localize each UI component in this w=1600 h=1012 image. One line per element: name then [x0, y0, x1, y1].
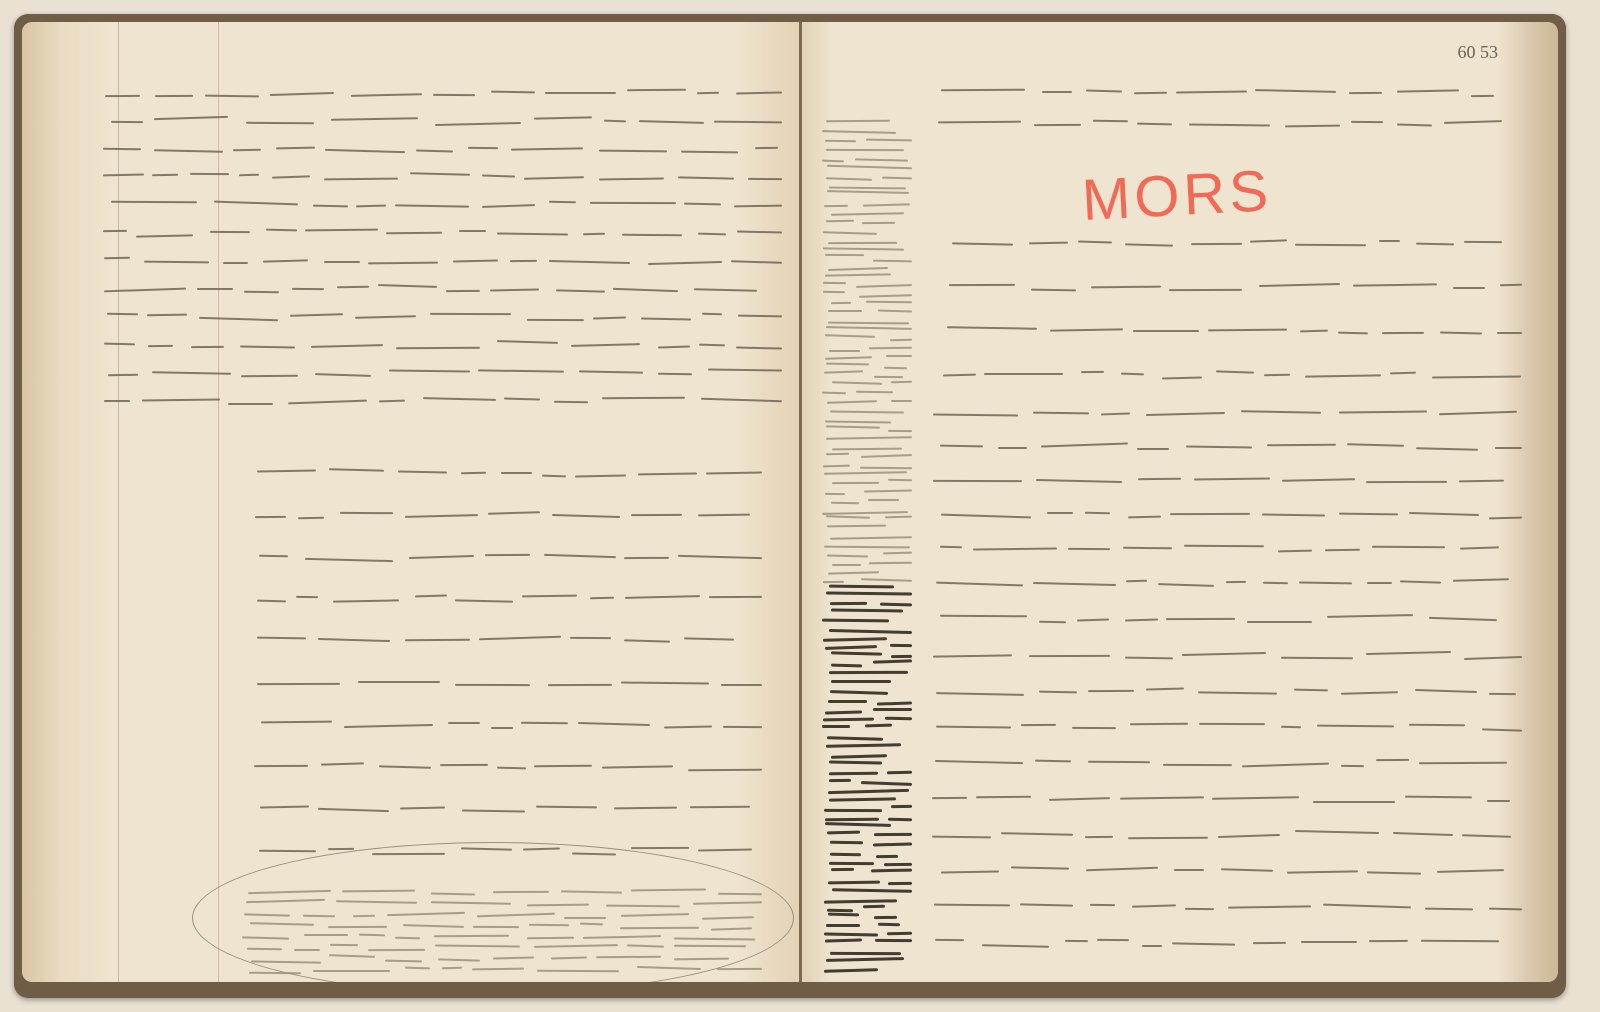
- handwriting-stroke: [828, 912, 859, 916]
- handwriting-stroke: [1267, 444, 1336, 446]
- handwriting-stroke: [823, 231, 877, 235]
- handwriting-stroke: [861, 578, 912, 582]
- handwriting-stroke: [940, 615, 1027, 618]
- handwriting-stroke: [1482, 728, 1522, 731]
- handwriting-stroke: [462, 809, 525, 812]
- handwriting-stroke: [933, 654, 1012, 657]
- handwriting-stroke: [148, 345, 173, 347]
- handwriting-stroke: [826, 177, 872, 181]
- handwriting-stroke: [984, 373, 1063, 375]
- handwriting-stroke: [825, 273, 891, 276]
- handwriting-stroke: [435, 122, 521, 126]
- handwriting-stroke: [1088, 690, 1134, 692]
- handwriting-stroke: [478, 369, 564, 372]
- handwriting-stroke: [255, 515, 286, 517]
- handwriting-stroke: [1158, 584, 1214, 588]
- handwriting-stroke: [827, 909, 853, 913]
- handwriting-stroke: [828, 881, 880, 885]
- handwriting-stroke: [103, 174, 144, 177]
- handwriting-stroke: [288, 400, 367, 405]
- handwriting-stroke: [292, 288, 324, 290]
- handwriting-stroke: [593, 316, 626, 319]
- handwriting-stroke: [223, 262, 248, 264]
- handwriting-stroke: [862, 221, 895, 223]
- handwriting-stroke: [1031, 289, 1076, 292]
- handwriting-stroke: [410, 173, 470, 176]
- handwriting-stroke: [831, 651, 882, 655]
- handwriting-stroke: [1020, 903, 1074, 906]
- handwriting-stroke: [1366, 481, 1447, 483]
- handwriting-stroke: [315, 373, 371, 377]
- handwriting-stroke: [1353, 283, 1437, 286]
- handwriting-stroke: [241, 374, 298, 377]
- handwriting-stroke: [497, 767, 526, 770]
- handwriting-stroke: [104, 343, 135, 346]
- handwriting-stroke: [1212, 797, 1299, 801]
- handwriting-stroke: [1142, 945, 1162, 947]
- notebook: 60 53 MORS: [14, 14, 1566, 998]
- handwriting-stroke: [1033, 412, 1089, 415]
- handwriting-stroke: [1409, 512, 1479, 516]
- handwriting-stroke: [197, 288, 233, 290]
- handwriting-stroke: [324, 178, 398, 181]
- handwriting-stroke: [982, 944, 1049, 948]
- handwriting-stroke: [1341, 765, 1364, 767]
- handwriting-stroke: [1085, 511, 1110, 513]
- handwriting-stroke: [1065, 939, 1088, 941]
- handwriting-stroke: [1262, 513, 1325, 516]
- handwriting-stroke: [822, 511, 908, 515]
- handwriting-stroke: [233, 148, 261, 151]
- handwriting-stroke: [826, 220, 854, 223]
- handwriting-stroke: [830, 841, 863, 844]
- handwriting-stroke: [824, 205, 848, 207]
- handwriting-stroke: [103, 400, 129, 402]
- handwriting-stroke: [554, 401, 588, 404]
- handwriting-stroke: [936, 581, 1023, 586]
- handwriting-stroke: [1295, 244, 1366, 246]
- handwriting-stroke: [888, 479, 912, 482]
- handwriting-stroke: [602, 765, 673, 768]
- handwriting-stroke: [1049, 797, 1110, 801]
- handwriting-stroke: [625, 595, 700, 599]
- handwriting-stroke: [583, 233, 605, 235]
- handwriting-stroke: [824, 968, 878, 973]
- handwriting-stroke: [1464, 656, 1522, 660]
- handwriting-stroke: [684, 203, 721, 206]
- handwriting-stroke: [378, 285, 437, 289]
- handwriting-stroke: [1419, 762, 1507, 765]
- handwriting-stroke: [828, 267, 888, 271]
- handwriting-stroke: [1263, 374, 1289, 377]
- handwriting-stroke: [154, 150, 223, 154]
- handwriting-stroke: [863, 905, 885, 909]
- handwriting-stroke: [1489, 908, 1522, 911]
- handwriting-stroke: [827, 831, 860, 835]
- handwriting-stroke: [1471, 95, 1494, 97]
- handwriting-stroke: [111, 121, 143, 123]
- handwriting-stroke: [1285, 124, 1340, 127]
- handwriting-stroke: [827, 165, 912, 170]
- handwriting-stroke: [331, 117, 418, 121]
- handwriting-stroke: [823, 718, 874, 722]
- handwriting-stroke: [205, 94, 259, 97]
- handwriting-stroke: [1497, 332, 1522, 334]
- handwriting-stroke: [1415, 689, 1477, 693]
- handwriting-stroke: [1294, 688, 1328, 691]
- handwriting-stroke: [1078, 240, 1112, 243]
- handwriting-stroke: [1039, 691, 1077, 694]
- handwriting-stroke: [830, 952, 901, 955]
- handwriting-stroke: [430, 313, 511, 315]
- handwriting-stroke: [658, 345, 690, 348]
- handwriting-stroke: [144, 261, 209, 264]
- handwriting-stroke: [260, 805, 309, 808]
- handwriting-stroke: [1278, 549, 1312, 552]
- handwriting-stroke: [313, 204, 348, 207]
- handwriting-stroke: [824, 471, 907, 475]
- handwriting-stroke: [448, 722, 480, 724]
- handwriting-stroke: [941, 89, 1025, 92]
- handwriting-stroke: [1372, 545, 1445, 548]
- handwriting-stroke: [333, 600, 399, 603]
- handwriting-stroke: [152, 371, 231, 375]
- handwriting-stroke: [257, 599, 286, 602]
- handwriting-stroke: [708, 369, 782, 372]
- handwriting-stroke: [1440, 331, 1482, 334]
- handwriting-stroke: [259, 850, 316, 852]
- handwriting-stroke: [1137, 448, 1169, 450]
- handwriting-stroke: [687, 768, 761, 771]
- handwriting-stroke: [501, 472, 532, 474]
- handwriting-stroke: [940, 546, 962, 549]
- handwriting-stroke: [527, 319, 584, 321]
- handwriting-stroke: [1341, 691, 1398, 695]
- right-page: 60 53 MORS: [802, 22, 1558, 982]
- handwriting-stroke: [504, 397, 540, 400]
- handwriting-stroke: [709, 595, 762, 597]
- handwriting-stroke: [721, 684, 762, 686]
- handwriting-stroke: [973, 548, 1057, 551]
- handwriting-stroke: [468, 147, 498, 149]
- handwriting-stroke: [717, 968, 762, 970]
- handwriting-stroke: [825, 493, 846, 495]
- handwriting-stroke: [1125, 619, 1158, 622]
- handwriting-stroke: [826, 120, 890, 122]
- handwriting-stroke: [822, 725, 850, 728]
- handwriting-stroke: [440, 764, 488, 766]
- handwriting-stroke: [356, 205, 386, 208]
- handwriting-stroke: [1174, 869, 1204, 871]
- handwriting-stroke: [542, 474, 566, 477]
- handwriting-stroke: [491, 727, 513, 729]
- handwriting-stroke: [829, 761, 883, 765]
- handwriting-stroke: [107, 313, 138, 316]
- handwriting-stroke: [461, 472, 486, 474]
- handwriting-stroke: [276, 146, 315, 149]
- handwriting-stroke: [398, 470, 447, 473]
- handwriting-stroke: [263, 259, 308, 262]
- handwriting-stroke: [510, 259, 537, 261]
- handwriting-stroke: [1218, 834, 1280, 838]
- handwriting-stroke: [824, 546, 910, 549]
- handwriting-stroke: [459, 230, 486, 232]
- handwriting-stroke: [826, 957, 904, 962]
- handwriting-stroke: [1186, 446, 1252, 449]
- handwriting-stroke: [1182, 652, 1266, 656]
- handwriting-stroke: [664, 725, 712, 728]
- handwriting-stroke: [998, 447, 1027, 449]
- handwriting-stroke: [1487, 800, 1510, 802]
- handwriting-stroke: [684, 637, 734, 640]
- handwriting-stroke: [1042, 91, 1072, 93]
- handwriting-stroke: [1035, 760, 1071, 763]
- handwriting-stroke: [105, 94, 140, 96]
- handwriting-stroke: [932, 836, 991, 839]
- handwriting-stroke: [396, 346, 480, 349]
- handwriting-stroke: [1382, 332, 1424, 334]
- handwriting-stroke: [932, 797, 967, 799]
- handwriting-stroke: [864, 490, 912, 493]
- handwriting-stroke: [859, 294, 912, 297]
- handwriting-stroke: [1429, 617, 1497, 621]
- handwriting-stroke: [831, 868, 854, 871]
- handwriting-stroke: [1397, 124, 1432, 127]
- handwriting-stroke: [1425, 908, 1473, 911]
- handwriting-stroke: [1432, 376, 1521, 379]
- handwriting-stroke: [1126, 579, 1147, 582]
- handwriting-stroke: [522, 595, 577, 598]
- handwriting-stroke: [832, 889, 912, 893]
- handwriting-stroke: [884, 367, 907, 370]
- handwriting-stroke: [1169, 289, 1242, 291]
- handwriting-stroke: [1132, 904, 1176, 907]
- handwriting-stroke: [882, 176, 912, 179]
- handwriting-stroke: [259, 554, 288, 557]
- handwriting-stroke: [828, 241, 897, 243]
- handwriting-stroke: [885, 516, 912, 519]
- handwriting-stroke: [1050, 328, 1123, 331]
- handwriting-stroke: [1198, 692, 1277, 695]
- handwriting-stroke: [1199, 723, 1265, 725]
- handwriting-stroke: [1176, 90, 1247, 93]
- handwriting-stroke: [828, 310, 862, 312]
- handwriting-stroke: [1130, 723, 1188, 726]
- handwriting-stroke: [1338, 332, 1368, 335]
- handwriting-stroke: [1134, 92, 1167, 95]
- handwriting-stroke: [952, 242, 1013, 245]
- handwriting-stroke: [1036, 479, 1122, 483]
- handwriting-stroke: [874, 916, 897, 919]
- handwriting-stroke: [829, 779, 851, 782]
- handwriting-stroke: [1281, 657, 1353, 660]
- handwriting-stroke: [455, 599, 513, 602]
- handwriting-stroke: [1437, 869, 1504, 873]
- handwriting-stroke: [1393, 832, 1453, 836]
- handwriting-stroke: [571, 343, 640, 347]
- handwriting-stroke: [111, 201, 197, 203]
- handwriting-stroke: [830, 602, 867, 605]
- handwriting-stroke: [826, 515, 870, 518]
- handwriting-stroke: [1416, 243, 1454, 246]
- handwriting-stroke: [976, 796, 1031, 799]
- handwriting-stroke: [1281, 726, 1301, 729]
- handwriting-stroke: [933, 414, 1018, 417]
- handwriting-stroke: [1039, 620, 1066, 623]
- insertion-loop: [192, 842, 794, 982]
- handwriting-stroke: [621, 682, 709, 685]
- handwriting-stroke: [1033, 582, 1116, 586]
- red-heading: MORS: [1080, 157, 1273, 234]
- handwriting-stroke: [1068, 548, 1110, 550]
- handwriting-stroke: [534, 117, 592, 120]
- handwriting-stroke: [1228, 905, 1311, 908]
- handwriting-stroke: [368, 262, 438, 265]
- handwriting-stroke: [627, 89, 686, 91]
- handwriting-stroke: [825, 420, 891, 423]
- handwriting-stroke: [658, 373, 692, 375]
- handwriting-stroke: [830, 411, 904, 414]
- handwriting-stroke: [536, 805, 597, 808]
- handwriting-stroke: [511, 147, 583, 150]
- handwriting-stroke: [825, 822, 891, 827]
- handwriting-stroke: [826, 436, 912, 439]
- handwriting-stroke: [825, 818, 879, 821]
- handwriting-stroke: [701, 398, 782, 403]
- handwriting-stroke: [379, 766, 431, 769]
- handwriting-stroke: [1086, 89, 1122, 92]
- page-number: 60 53: [1458, 42, 1499, 63]
- handwriting-stroke: [199, 317, 278, 321]
- handwriting-stroke: [648, 261, 722, 265]
- handwriting-stroke: [887, 932, 912, 935]
- handwriting-stroke: [826, 148, 904, 150]
- handwriting-stroke: [1163, 764, 1232, 766]
- handwriting-stroke: [108, 374, 138, 376]
- handwriting-stroke: [239, 173, 259, 176]
- handwriting-stroke: [832, 382, 882, 386]
- handwriting-stroke: [829, 584, 894, 588]
- handwriting-stroke: [1339, 513, 1398, 516]
- handwriting-stroke: [866, 139, 912, 142]
- handwriting-stroke: [1097, 939, 1129, 941]
- handwriting-stroke: [1088, 761, 1150, 763]
- handwriting-stroke: [1349, 92, 1382, 94]
- handwriting-stroke: [856, 390, 893, 393]
- handwriting-stroke: [210, 231, 250, 233]
- handwriting-stroke: [415, 595, 447, 598]
- handwriting-stroke: [1086, 867, 1158, 871]
- handwriting-stroke: [874, 376, 903, 378]
- handwriting-stroke: [1172, 942, 1235, 945]
- handwriting-stroke: [831, 213, 904, 216]
- handwriting-stroke: [697, 91, 719, 93]
- margin-rule: [218, 22, 219, 982]
- handwriting-stroke: [1409, 724, 1465, 726]
- handwriting-stroke: [1295, 830, 1379, 834]
- handwriting-stroke: [1162, 376, 1202, 379]
- handwriting-stroke: [866, 301, 912, 303]
- handwriting-stroke: [829, 350, 860, 352]
- handwriting-stroke: [1459, 480, 1504, 483]
- handwriting-stroke: [1091, 286, 1161, 289]
- handwriting-stroke: [521, 722, 568, 725]
- handwriting-stroke: [888, 818, 912, 821]
- handwriting-stroke: [246, 122, 314, 124]
- handwriting-stroke: [875, 939, 912, 942]
- handwriting-stroke: [191, 346, 224, 348]
- handwriting-stroke: [826, 363, 870, 366]
- handwriting-stroke: [497, 340, 558, 344]
- handwriting-stroke: [935, 939, 964, 941]
- handwriting-stroke: [891, 655, 912, 658]
- handwriting-stroke: [1216, 371, 1254, 374]
- handwriting-stroke: [936, 726, 1011, 729]
- handwriting-stroke: [602, 397, 685, 399]
- handwriting-stroke: [1464, 240, 1502, 242]
- handwriting-stroke: [1041, 443, 1128, 448]
- handwriting-stroke: [933, 480, 1022, 482]
- handwriting-stroke: [824, 932, 878, 936]
- handwriting-stroke: [860, 467, 912, 469]
- handwriting-stroke: [244, 291, 279, 293]
- handwriting-stroke: [935, 759, 1023, 763]
- handwriting-stroke: [318, 807, 389, 811]
- handwriting-stroke: [446, 290, 480, 292]
- handwriting-stroke: [714, 120, 782, 123]
- handwriting-stroke: [888, 429, 912, 431]
- handwriting-stroke: [832, 482, 879, 484]
- handwriting-stroke: [1460, 547, 1499, 550]
- handwriting-stroke: [579, 370, 643, 373]
- handwriting-stroke: [755, 147, 778, 149]
- handwriting-stroke: [1090, 903, 1115, 905]
- handwriting-stroke: [1367, 582, 1392, 584]
- handwriting-stroke: [1489, 693, 1516, 695]
- handwriting-stroke: [825, 254, 864, 256]
- handwriting-stroke: [1128, 515, 1161, 518]
- handwriting-stroke: [1208, 329, 1287, 332]
- handwriting-stroke: [1247, 621, 1312, 623]
- handwriting-stroke: [1250, 240, 1287, 243]
- handwriting-stroke: [738, 315, 782, 318]
- handwriting-stroke: [358, 681, 440, 683]
- handwriting-stroke: [831, 754, 887, 759]
- handwriting-stroke: [947, 327, 1037, 330]
- handwriting-stroke: [861, 781, 912, 786]
- handwriting-stroke: [1453, 578, 1509, 582]
- handwriting-stroke: [876, 855, 898, 858]
- handwriting-stroke: [1121, 372, 1144, 375]
- handwriting-stroke: [826, 326, 912, 330]
- handwriting-stroke: [706, 471, 762, 474]
- handwriting-stroke: [831, 680, 891, 683]
- handwriting-stroke: [386, 232, 442, 235]
- handwriting-stroke: [152, 173, 178, 176]
- handwriting-stroke: [832, 448, 902, 451]
- handwriting-stroke: [136, 234, 193, 237]
- handwriting-stroke: [736, 92, 782, 95]
- handwriting-stroke: [826, 592, 912, 596]
- handwriting-stroke: [681, 150, 738, 153]
- handwriting-stroke: [949, 284, 1015, 286]
- handwriting-stroke: [328, 848, 354, 850]
- handwriting-stroke: [1339, 411, 1427, 414]
- handwriting-stroke: [1125, 656, 1173, 659]
- handwriting-stroke: [1146, 687, 1185, 690]
- handwriting-stroke: [305, 229, 378, 232]
- handwriting-stroke: [311, 344, 383, 348]
